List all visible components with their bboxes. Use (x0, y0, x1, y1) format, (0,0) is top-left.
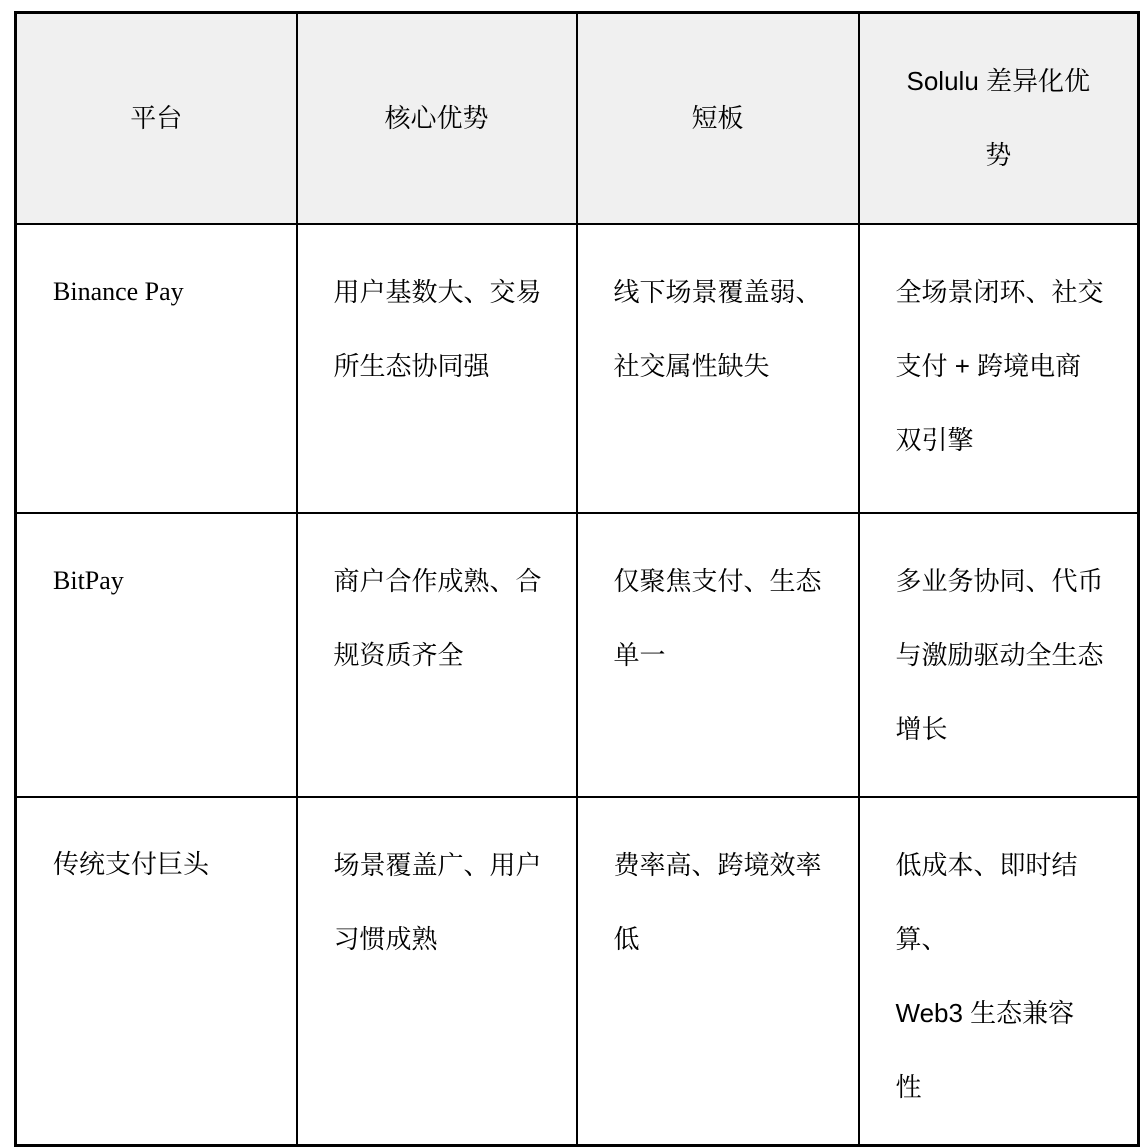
cell-shortcoming: 费率高、跨境效率 低 (577, 797, 859, 1146)
header-core-advantage: 核心优势 (297, 13, 577, 224)
header-platform: 平台 (16, 13, 297, 224)
cell-shortcoming: 线下场景覆盖弱、 社交属性缺失 (577, 224, 859, 513)
table-row-binance-pay: Binance Pay 用户基数大、交易 所生态协同强 线下场景覆盖弱、 社交属… (16, 224, 1139, 513)
cell-platform: Binance Pay (16, 224, 297, 513)
cell-platform: BitPay (16, 513, 297, 797)
cell-shortcoming: 仅聚焦支付、生态 单一 (577, 513, 859, 797)
cell-platform: 传统支付巨头 (16, 797, 297, 1146)
header-shortcoming: 短板 (577, 13, 859, 224)
cell-core-advantage: 用户基数大、交易 所生态协同强 (297, 224, 577, 513)
cell-solulu-advantage: 全场景闭环、社交 支付 + 跨境电商 双引擎 (859, 224, 1139, 513)
cell-solulu-advantage: 低成本、即时结算、 Web3 生态兼容 性 (859, 797, 1139, 1146)
cell-core-advantage: 场景覆盖广、用户 习惯成熟 (297, 797, 577, 1146)
table-row-bitpay: BitPay 商户合作成熟、合 规资质齐全 仅聚焦支付、生态 单一 多业务协同、… (16, 513, 1139, 797)
header-row: 平台 核心优势 短板 Solulu 差异化优 势 (16, 13, 1139, 224)
platform-comparison-table: 平台 核心优势 短板 Solulu 差异化优 势 Binance Pay 用户基… (14, 11, 1140, 1147)
header-solulu-advantage: Solulu 差异化优 势 (859, 13, 1139, 224)
cell-solulu-advantage: 多业务协同、代币 与激励驱动全生态 增长 (859, 513, 1139, 797)
cell-core-advantage: 商户合作成熟、合 规资质齐全 (297, 513, 577, 797)
table-row-traditional-payment: 传统支付巨头 场景覆盖广、用户 习惯成熟 费率高、跨境效率 低 低成本、即时结算… (16, 797, 1139, 1146)
comparison-table-container: 平台 核心优势 短板 Solulu 差异化优 势 Binance Pay 用户基… (14, 11, 1140, 1147)
